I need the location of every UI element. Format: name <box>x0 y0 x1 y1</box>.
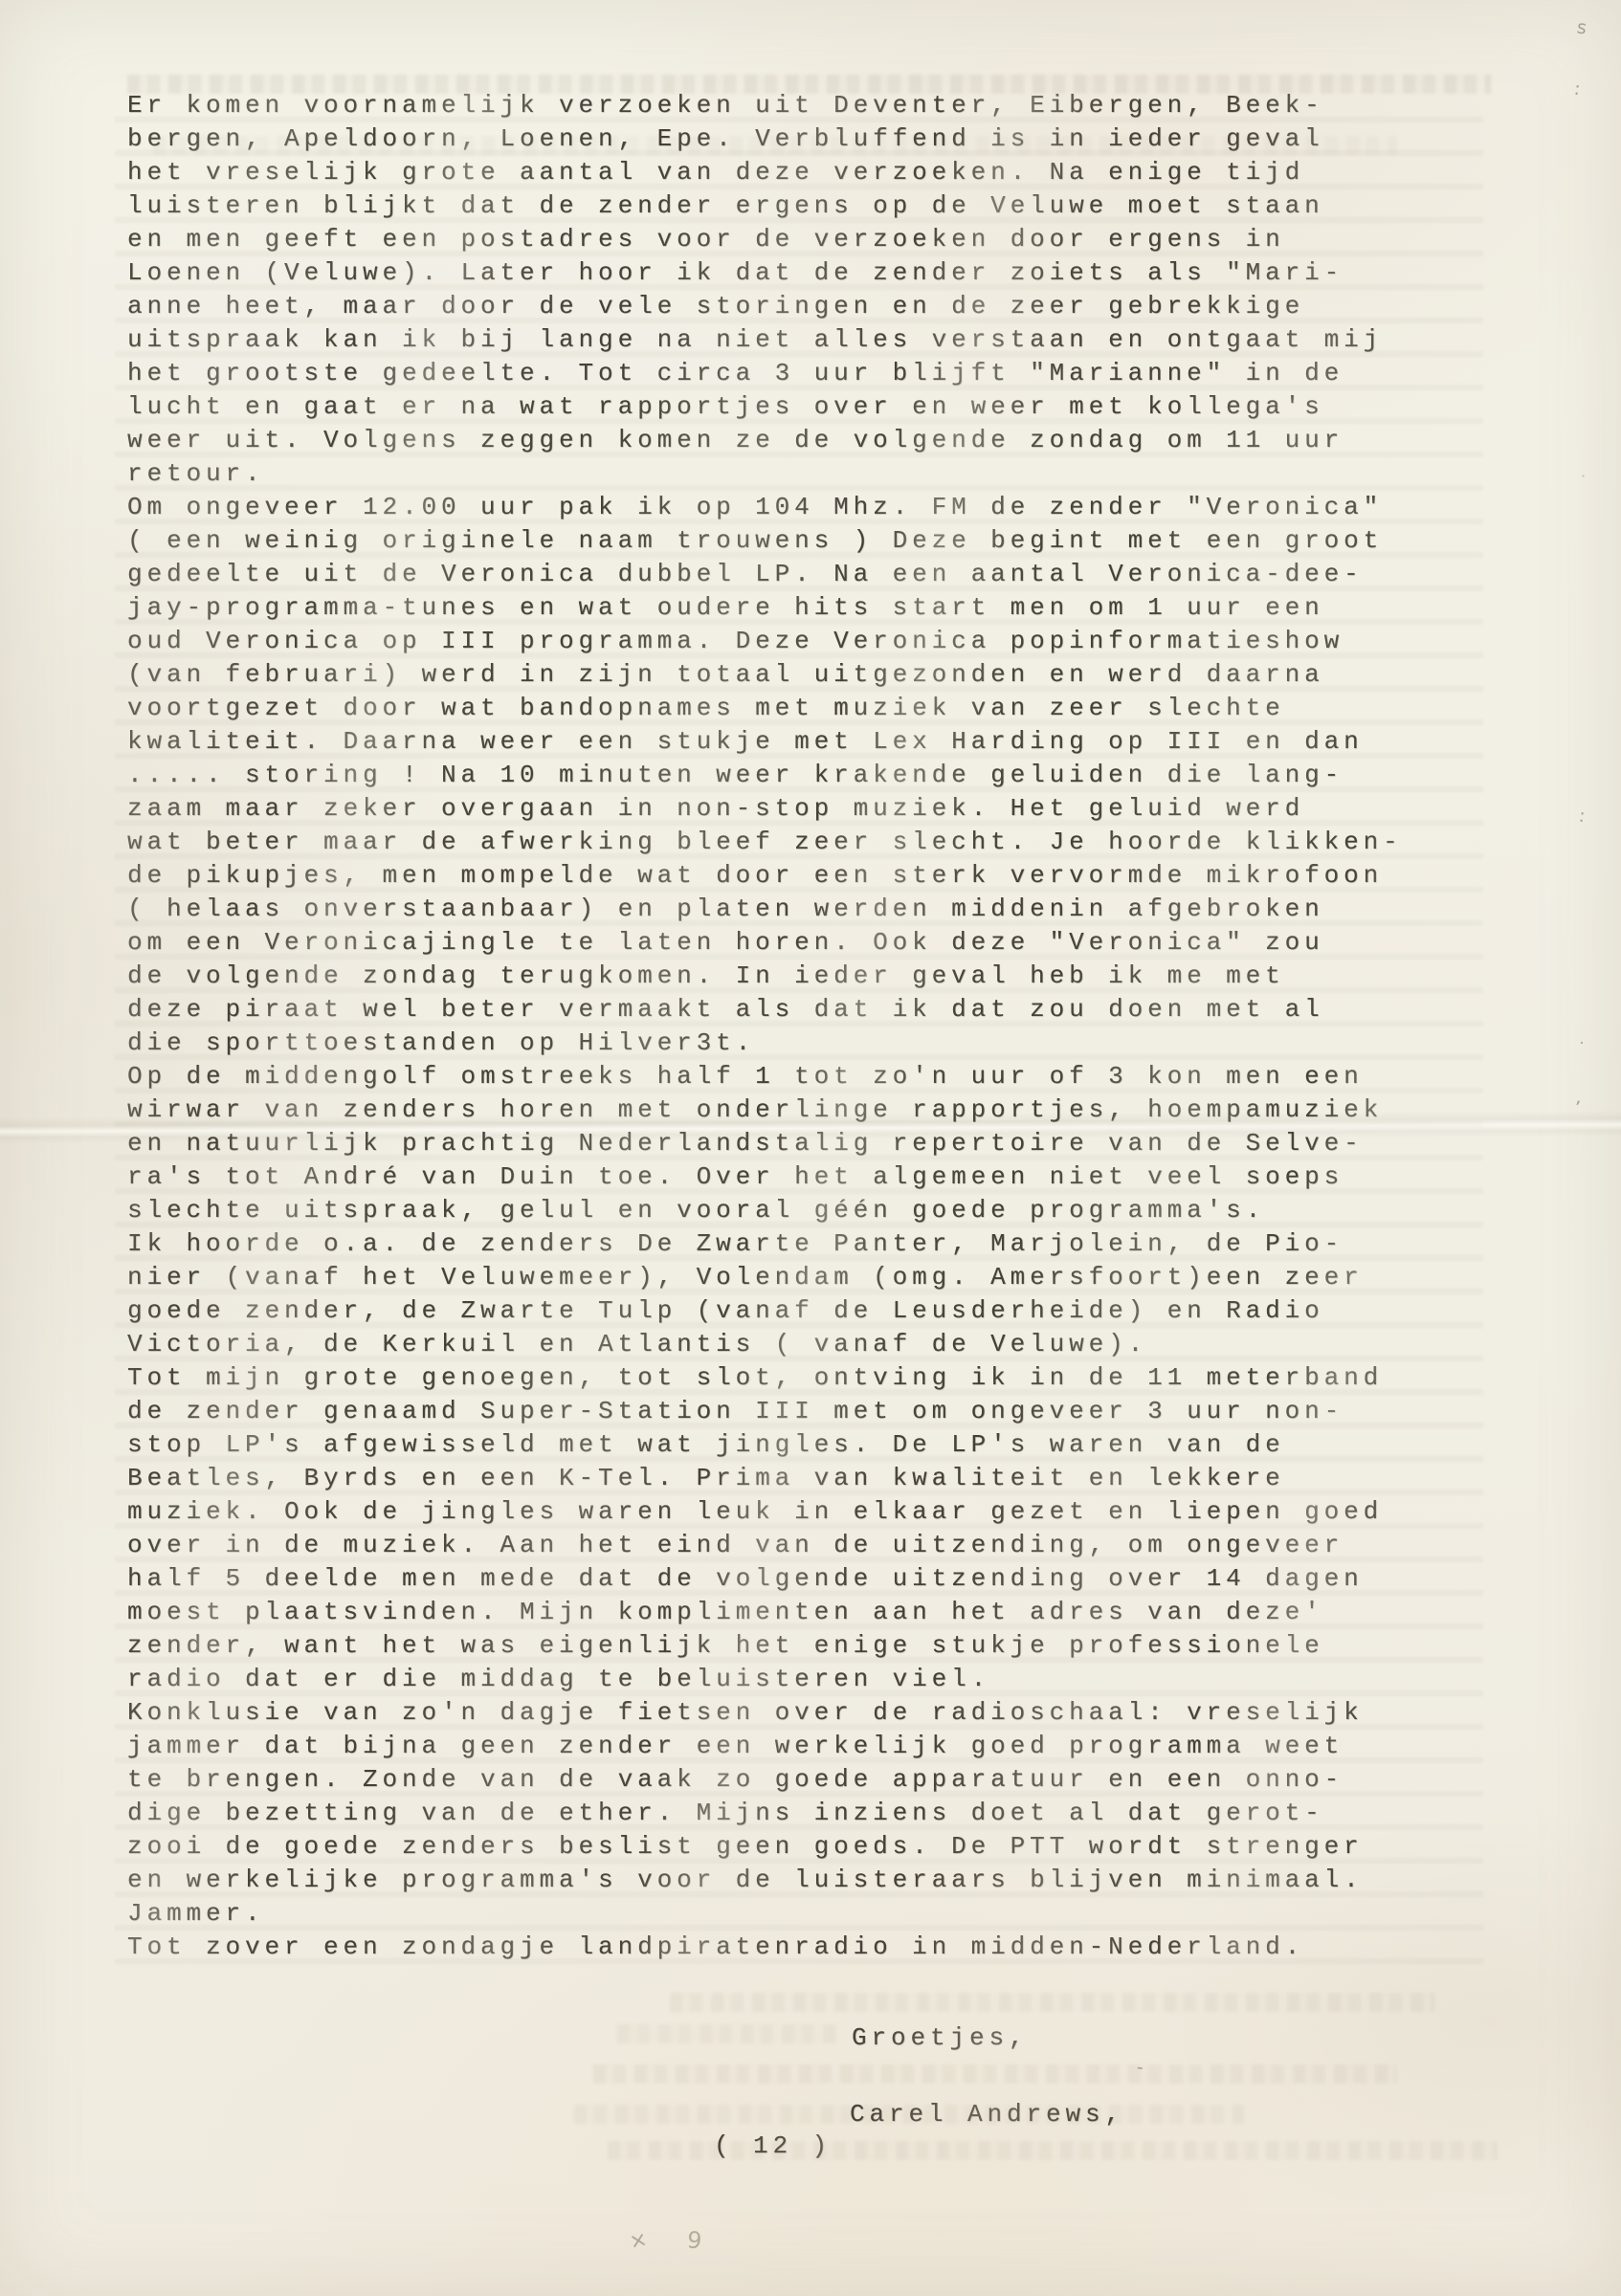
bleed-through-ghost-line <box>670 1993 1435 2012</box>
letter-body-text: Er komen voornamelijk verzoeken uit Deve… <box>127 89 1505 1964</box>
pencil-mark: : <box>1578 806 1587 828</box>
bleed-through-ghost-line <box>593 2064 1397 2084</box>
pencil-mark: . <box>1579 1029 1587 1049</box>
pencil-mark: - <box>1136 2057 1145 2079</box>
pencil-mark: : <box>1573 78 1582 100</box>
pencil-mark: 9 <box>686 2226 703 2254</box>
signature-name: Carel Andrews, <box>850 2098 1124 2131</box>
closing-salutation: Groetjes, <box>852 2021 1029 2055</box>
pencil-mark: , <box>1574 1087 1583 1109</box>
pencil-mark: × <box>628 2227 650 2254</box>
page-number: ( 12 ) <box>714 2130 832 2163</box>
scanned-letter-page: Er komen voornamelijk verzoeken uit Deve… <box>0 0 1621 2296</box>
pencil-mark: s <box>1576 16 1588 38</box>
pencil-mark: · <box>1580 467 1588 486</box>
bleed-through-ghost-line <box>617 2024 837 2043</box>
